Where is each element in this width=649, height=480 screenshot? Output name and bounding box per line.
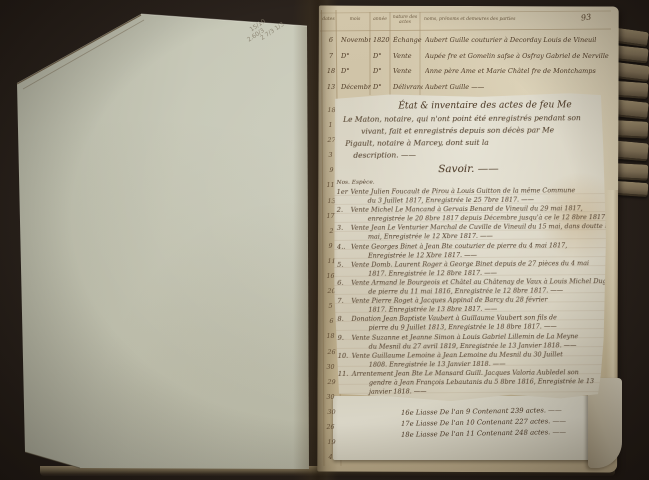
entry-line: gendre à Jean François Lebautanis du 5 8… xyxy=(352,377,605,388)
margin-day: 30 xyxy=(321,390,340,405)
inventory-entry: 7. Vente Pierre Roget à Jacques Appinal … xyxy=(351,295,604,315)
liasse-line: 18e Liasse De l'an 11 Contenant 248 acte… xyxy=(401,426,615,441)
row-month: Novembre xyxy=(341,33,371,47)
table-header-year: année xyxy=(371,17,389,22)
row-year: D° xyxy=(373,64,391,78)
table-header-nature: nature des actes xyxy=(391,15,419,25)
entry-number: 3. xyxy=(337,224,343,233)
inventory-entry: 4.. Vente Georges Binet à Jean Bte coutu… xyxy=(351,241,604,261)
inventory-entry: 8. Donation Jean Baptiste Vaubert à Guil… xyxy=(351,313,604,333)
margin-day: 19 xyxy=(322,435,342,451)
table-header-month: mois xyxy=(341,17,369,22)
register-table-rows: 6 Novembre 1820 Échange Aubert Guille co… xyxy=(318,33,614,95)
sheet-title-line: vivant, fait et enregistrés depuis son d… xyxy=(361,125,554,135)
table-header-dates: dates xyxy=(320,17,337,22)
row-parties: Anne père Ame et Marie Châtel fre de Mon… xyxy=(425,64,611,78)
entry-number: 6. xyxy=(337,279,343,288)
margin-day: 30 xyxy=(321,360,340,375)
inventory-entry: 5. Vente Domb. Laurent Roger à George Bi… xyxy=(351,259,604,279)
entry-number: 11. xyxy=(338,370,349,379)
row-month: Décembre xyxy=(341,80,371,94)
row-month: D° xyxy=(341,49,371,63)
row-month: D° xyxy=(341,64,371,78)
margin-day: 30 xyxy=(322,405,342,421)
page-tab xyxy=(614,99,649,119)
inventory-entry: 1er Vente Julien Foucault de Pirou à Lou… xyxy=(351,186,604,206)
scanned-register-page: 15/10 2.60/3 2 7/3 1/3 dates mois année … xyxy=(0,0,649,480)
inserted-inventory-sheet: État & inventaire des actes de feu Me Le… xyxy=(329,89,609,409)
entry-number: 9. xyxy=(338,334,344,343)
sheet-title-line: État & inventaire des actes de feu Me xyxy=(384,100,586,111)
inventory-entry: 9. Vente Suzanne et Jeanne Simon à Louis… xyxy=(352,332,605,352)
row-year: D° xyxy=(373,80,391,94)
row-day: 7 xyxy=(322,49,340,63)
entry-number: 5. xyxy=(337,261,343,270)
row-day: 18 xyxy=(322,64,340,78)
entry-column-label: Nos. Espèce. xyxy=(337,180,375,186)
page-tab xyxy=(616,163,649,181)
table-row: 13 Décembre D° Délivrance Aubert Guille … xyxy=(318,80,614,96)
row-day: 6 xyxy=(322,33,340,47)
page-tab xyxy=(615,181,649,197)
sheet-title-line: description. —— xyxy=(353,150,416,159)
row-parties: Aubert Guille —— xyxy=(425,80,611,94)
entry-number: 7. xyxy=(337,297,343,306)
entry-number: 8. xyxy=(337,315,343,324)
page-tab xyxy=(616,120,649,139)
row-nature: Délivrance xyxy=(393,80,423,94)
table-row: 6 Novembre 1820 Échange Aubert Guille co… xyxy=(318,33,614,49)
row-parties: Aupée fre et Gomelin safse à Osfray Gabr… xyxy=(425,49,611,63)
row-day: 13 xyxy=(322,80,340,94)
row-year: D° xyxy=(373,49,391,63)
entry-number: 10. xyxy=(338,352,349,361)
row-year: 1820 xyxy=(373,33,391,47)
sheet-title-line: Le Maton, notaire, qui n'ont point été e… xyxy=(343,113,581,124)
page-tab xyxy=(616,45,648,63)
savoir-heading: Savoir. —— xyxy=(329,162,607,176)
page-tab xyxy=(615,81,648,99)
inventory-entry: 10. Vente Guillaume Lemoine à Jean Lemoi… xyxy=(352,350,605,370)
entry-number: 2. xyxy=(337,206,343,215)
inventory-entry: 11. Arrentement Jean Bte Le Mansard Guil… xyxy=(352,368,605,396)
page-tab xyxy=(613,141,648,162)
entry-line: Vente Georges Binet à Jean Bte couturier… xyxy=(351,241,604,252)
margin-day: 4 xyxy=(321,450,340,465)
inventory-entry: 2. Vente Michel Le Mancand à Gervais Ben… xyxy=(351,204,604,224)
entry-number: 1er xyxy=(337,188,348,197)
sheet-title-line: Pigault, notaire à Marcey, dont suit la xyxy=(345,138,489,148)
page-tab xyxy=(614,28,649,47)
entry-line: janvier 1818. —— xyxy=(352,386,605,397)
table-row: 18 D° D° Vente Anne père Ame et Marie Ch… xyxy=(318,64,614,80)
row-nature: Vente xyxy=(393,49,423,63)
lower-inventory-sheet: 16e Liasse De l'an 9 Contenant 239 actes… xyxy=(333,396,615,460)
table-row: 7 D° D° Vente Aupée fre et Gomelin safse… xyxy=(318,49,614,65)
inventory-entry-list: 1er Vente Julien Foucault de Pirou à Lou… xyxy=(351,186,605,397)
folio-number: 93 xyxy=(580,12,591,22)
entry-number: 4.. xyxy=(337,242,345,251)
row-nature: Vente xyxy=(393,64,423,78)
inventory-entry: 3. Vente Jean Le Venturier Marchal de Cu… xyxy=(351,222,604,242)
inventory-entry: 6. Vente Armand le Bourgeois et Châtel a… xyxy=(351,277,604,297)
margin-day: 26 xyxy=(321,420,340,435)
table-header-parties: noms, prénoms et demeures des parties xyxy=(424,17,584,22)
row-parties: Aubert Guille couturier à Decorday Louis… xyxy=(425,33,611,47)
row-nature: Échange xyxy=(393,33,423,47)
